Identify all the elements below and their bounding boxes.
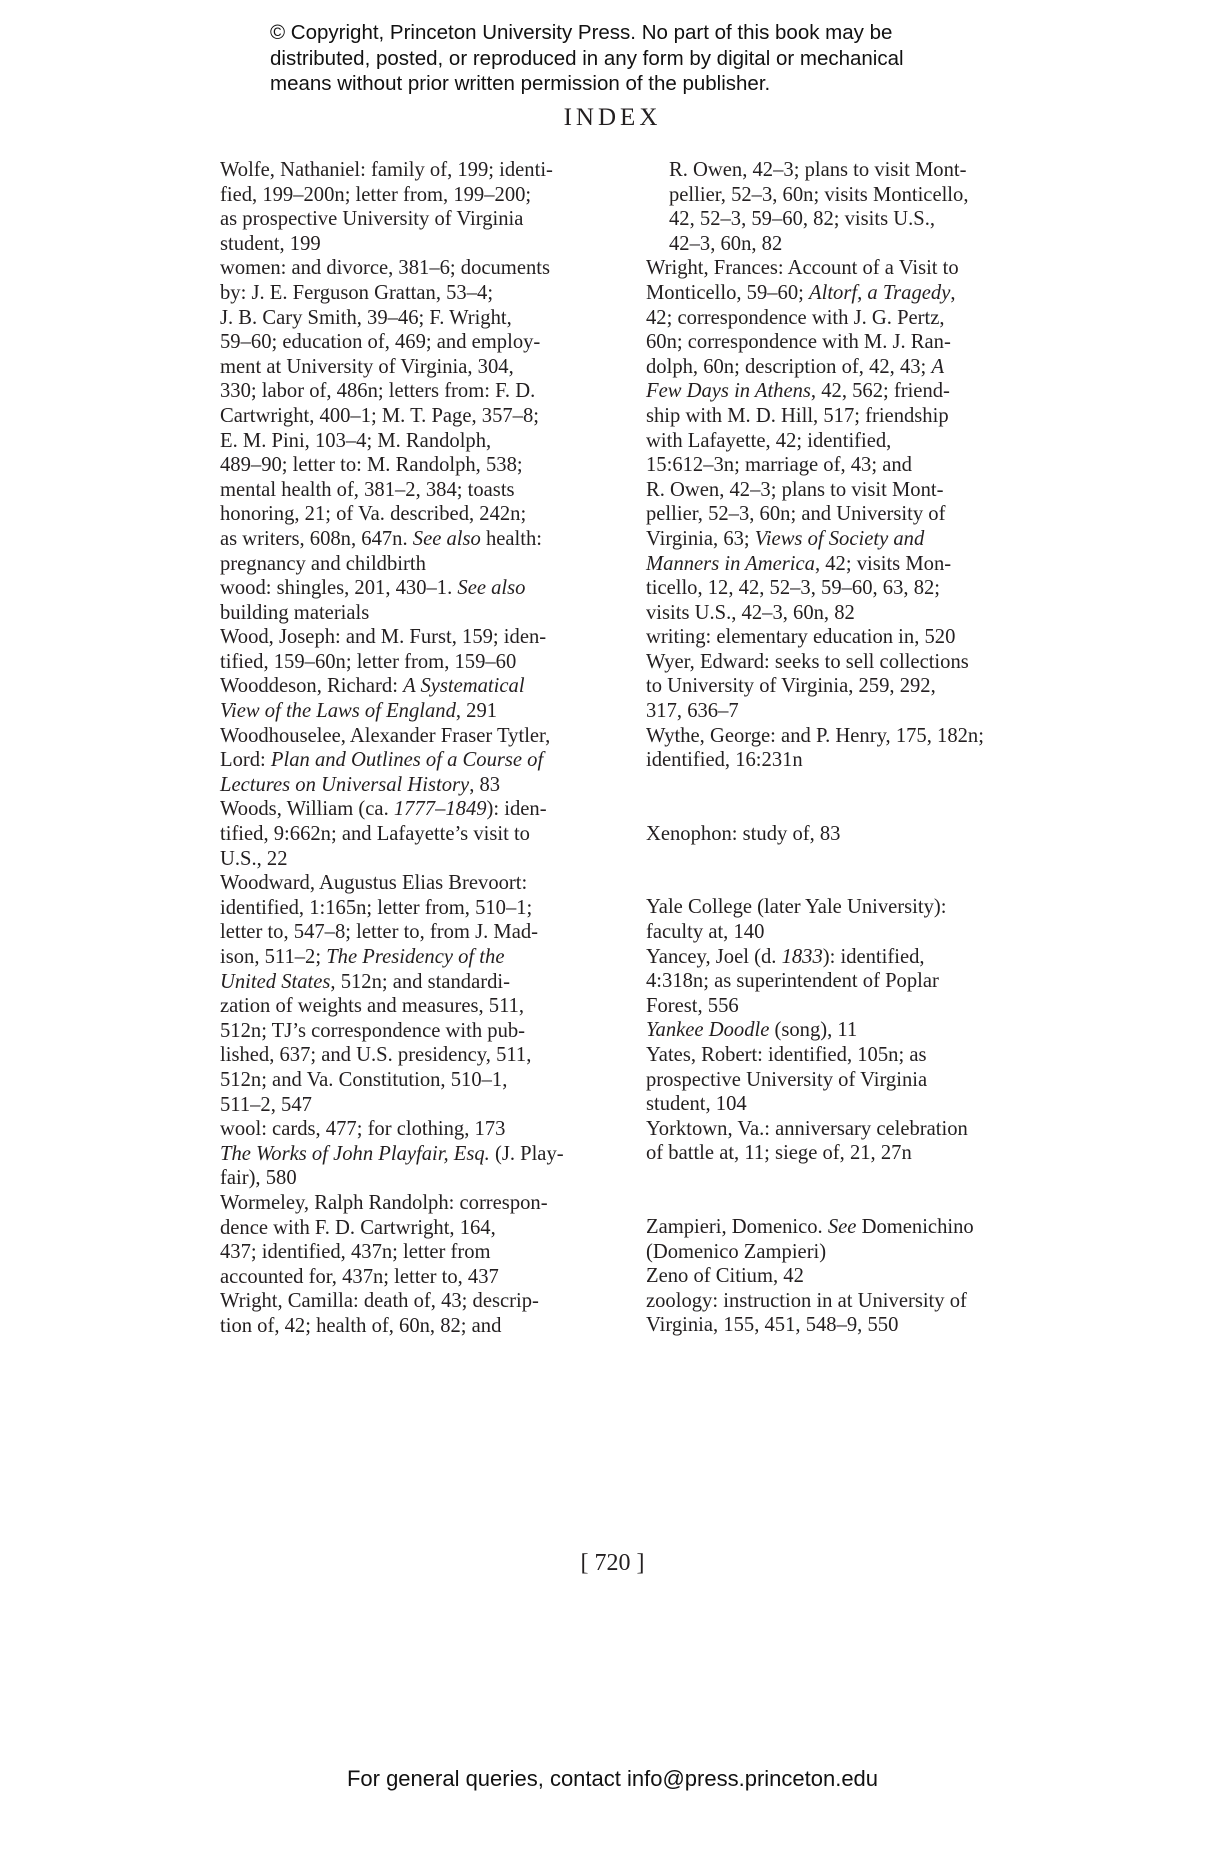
- index-entry-line: Woodhouselee, Alexander Fraser Tytler,: [243, 724, 638, 749]
- index-entry-line: Xenophon: study of, 83: [669, 822, 1064, 847]
- index-entry-line: 59–60; education of, 469; and employ-: [243, 330, 638, 355]
- index-entry-line: 317, 636–7: [669, 699, 1064, 724]
- copyright-line: distributed, posted, or reproduced in an…: [270, 46, 990, 72]
- index-entry-line: Zampieri, Domenico. See Domenichino: [669, 1215, 1064, 1240]
- index-entry-line: Wright, Camilla: death of, 43; descrip-: [243, 1289, 638, 1314]
- index-entry-line: Manners in America, 42; visits Mon-: [669, 552, 1064, 577]
- index-entry-line: Cartwright, 400–1; M. T. Page, 357–8;: [243, 404, 638, 429]
- index-entry: Zeno of Citium, 42: [646, 1264, 1064, 1289]
- index-entry-line: with Lafayette, 42; identified,: [669, 429, 1064, 454]
- index-entry-line: tified, 9:662n; and Lafayette’s visit to: [243, 822, 638, 847]
- index-entry: Zampieri, Domenico. See Domenichino(Dome…: [646, 1215, 1064, 1264]
- copyright-line: means without prior written permission o…: [270, 71, 990, 97]
- index-entry-line: Wright, Frances: Account of a Visit to: [669, 256, 1064, 281]
- index-entry-line: mental health of, 381–2, 384; toasts: [243, 478, 638, 503]
- index-entry-line: writing: elementary education in, 520: [669, 625, 1064, 650]
- letter-group-gap: [646, 1166, 1064, 1215]
- index-entry: Yorktown, Va.: anniversary celebrationof…: [646, 1117, 1064, 1166]
- index-entry: wool: cards, 477; for clothing, 173: [220, 1117, 638, 1142]
- index-entry-line: identified, 16:231n: [669, 748, 1064, 773]
- index-entry-line: Virginia, 63; Views of Society and: [669, 527, 1064, 552]
- index-entry-line: Wolfe, Nathaniel: family of, 199; identi…: [243, 158, 638, 183]
- index-entry-line: dolph, 60n; description of, 42, 43; A: [669, 355, 1064, 380]
- footer-contact: For general queries, contact info@press.…: [0, 1766, 1225, 1792]
- index-entry-line: Yale College (later Yale University):: [669, 895, 1064, 920]
- index-entry-line: 4:318n; as superintendent of Poplar: [669, 969, 1064, 994]
- index-entry-line: honoring, 21; of Va. described, 242n;: [243, 502, 638, 527]
- index-entry: Wright, Frances: Account of a Visit toMo…: [646, 256, 1064, 625]
- index-entry-line: 42, 52–3, 59–60, 82; visits U.S.,: [669, 207, 1064, 232]
- index-entry-line: Lectures on Universal History, 83: [243, 773, 638, 798]
- index-entry: Wyer, Edward: seeks to sell collectionst…: [646, 650, 1064, 724]
- index-entry-line: zation of weights and measures, 511,: [243, 994, 638, 1019]
- index-entry-line: Woods, William (ca. 1777–1849): iden-: [243, 797, 638, 822]
- index-entry-line: fied, 199–200n; letter from, 199–200;: [243, 183, 638, 208]
- index-entry-line: ticello, 12, 42, 52–3, 59–60, 63, 82;: [669, 576, 1064, 601]
- index-entry-line: prospective University of Virginia: [669, 1068, 1064, 1093]
- index-entry-line: Few Days in Athens, 42, 562; friend-: [669, 379, 1064, 404]
- index-entry: writing: elementary education in, 520: [646, 625, 1064, 650]
- index-column-right: R. Owen, 42–3; plans to visit Mont-pelli…: [646, 158, 1064, 1338]
- index-entry-line: Yates, Robert: identified, 105n; as: [669, 1043, 1064, 1068]
- index-entry: Woodhouselee, Alexander Fraser Tytler,Lo…: [220, 724, 638, 798]
- index-entry-line: R. Owen, 42–3; plans to visit Mont-: [669, 478, 1064, 503]
- index-entry: Wolfe, Nathaniel: family of, 199; identi…: [220, 158, 638, 256]
- index-entry-line: Yankee Doodle (song), 11: [669, 1018, 1064, 1043]
- index-entry-line: wool: cards, 477; for clothing, 173: [243, 1117, 638, 1142]
- index-entry-line: student, 104: [669, 1092, 1064, 1117]
- index-entry: Yankee Doodle (song), 11: [646, 1018, 1064, 1043]
- index-entry-line: 489–90; letter to: M. Randolph, 538;: [243, 453, 638, 478]
- index-entry-line: faculty at, 140: [669, 920, 1064, 945]
- index-entry-line: ship with M. D. Hill, 517; friendship: [669, 404, 1064, 429]
- index-entry-line: zoology: instruction in at University of: [669, 1289, 1064, 1314]
- index-entry: women: and divorce, 381–6; documentsby: …: [220, 256, 638, 576]
- index-entry-line: of battle at, 11; siege of, 21, 27n: [669, 1141, 1064, 1166]
- index-entry-line: Wythe, George: and P. Henry, 175, 182n;: [669, 724, 1064, 749]
- index-entry-line: R. Owen, 42–3; plans to visit Mont-: [669, 158, 1064, 183]
- running-head: INDEX: [0, 104, 1225, 132]
- index-entry-line: student, 199: [243, 232, 638, 257]
- letter-group-gap: [646, 773, 1064, 822]
- index-entry-line: pellier, 52–3, 60n; and University of: [669, 502, 1064, 527]
- index-entry-line: 512n; and Va. Constitution, 510–1,: [243, 1068, 638, 1093]
- index-entry-line: 330; labor of, 486n; letters from: F. D.: [243, 379, 638, 404]
- index-entry-line: 437; identified, 437n; letter from: [243, 1240, 638, 1265]
- index-entry-line: fair), 580: [243, 1166, 638, 1191]
- index-entry: Xenophon: study of, 83: [646, 822, 1064, 847]
- index-entry-line: to University of Virginia, 259, 292,: [669, 674, 1064, 699]
- index-entry-line: Wyer, Edward: seeks to sell collections: [669, 650, 1064, 675]
- index-entry-line: ison, 511–2; The Presidency of the: [243, 945, 638, 970]
- index-entry: Yale College (later Yale University):fac…: [646, 895, 1064, 944]
- index-entry-line: U.S., 22: [243, 847, 638, 872]
- index-entry-line: E. M. Pini, 103–4; M. Randolph,: [243, 429, 638, 454]
- index-entry-continuation: R. Owen, 42–3; plans to visit Mont-pelli…: [646, 158, 1064, 256]
- index-entry-line: visits U.S., 42–3, 60n, 82: [669, 601, 1064, 626]
- index-entry-line: Yorktown, Va.: anniversary celebration: [669, 1117, 1064, 1142]
- index-entry-line: pellier, 52–3, 60n; visits Monticello,: [669, 183, 1064, 208]
- index-entry: The Works of John Playfair, Esq. (J. Pla…: [220, 1142, 638, 1191]
- index-entry-line: View of the Laws of England, 291: [243, 699, 638, 724]
- index-entry: Yancey, Joel (d. 1833): identified,4:318…: [646, 945, 1064, 1019]
- index-entry-line: 42; correspondence with J. G. Pertz,: [669, 306, 1064, 331]
- index-entry: Wooddeson, Richard: A SystematicalView o…: [220, 674, 638, 723]
- index-entry-line: lished, 637; and U.S. presidency, 511,: [243, 1043, 638, 1068]
- index-entry-line: building materials: [243, 601, 638, 626]
- index-entry-line: Wooddeson, Richard: A Systematical: [243, 674, 638, 699]
- index-entry-line: Yancey, Joel (d. 1833): identified,: [669, 945, 1064, 970]
- index-entry-line: Wormeley, Ralph Randolph: correspon-: [243, 1191, 638, 1216]
- index-entry-line: accounted for, 437n; letter to, 437: [243, 1265, 638, 1290]
- index-entry-line: United States, 512n; and standardi-: [243, 970, 638, 995]
- index-entry-line: (Domenico Zampieri): [669, 1240, 1064, 1265]
- index-entry: Wood, Joseph: and M. Furst, 159; iden-ti…: [220, 625, 638, 674]
- index-entry-line: dence with F. D. Cartwright, 164,: [243, 1216, 638, 1241]
- index-entry-line: tion of, 42; health of, 60n, 82; and: [243, 1314, 638, 1339]
- index-entry-line: Lord: Plan and Outlines of a Course of: [243, 748, 638, 773]
- index-entry-line: pregnancy and childbirth: [243, 552, 638, 577]
- index-entry-line: Zeno of Citium, 42: [669, 1264, 1064, 1289]
- index-entry-line: as prospective University of Virginia: [243, 207, 638, 232]
- index-entry: zoology: instruction in at University of…: [646, 1289, 1064, 1338]
- index-entry: Wright, Camilla: death of, 43; descrip-t…: [220, 1289, 638, 1338]
- index-entry-line: women: and divorce, 381–6; documents: [243, 256, 638, 281]
- index-entry-line: ment at University of Virginia, 304,: [243, 355, 638, 380]
- index-entry-line: letter to, 547–8; letter to, from J. Mad…: [243, 920, 638, 945]
- index-entry: Woods, William (ca. 1777–1849): iden-tif…: [220, 797, 638, 871]
- index-entry-line: 15:612–3n; marriage of, 43; and: [669, 453, 1064, 478]
- index-entry: Wythe, George: and P. Henry, 175, 182n;i…: [646, 724, 1064, 773]
- index-entry-line: Wood, Joseph: and M. Furst, 159; iden-: [243, 625, 638, 650]
- index-entry: Woodward, Augustus Elias Brevoort:identi…: [220, 871, 638, 1117]
- index-entry: Wormeley, Ralph Randolph: correspon-denc…: [220, 1191, 638, 1289]
- index-entry-line: Woodward, Augustus Elias Brevoort:: [243, 871, 638, 896]
- index-entry: wood: shingles, 201, 430–1. See alsobuil…: [220, 576, 638, 625]
- letter-group-gap: [646, 846, 1064, 895]
- index-entry-line: Virginia, 155, 451, 548–9, 550: [669, 1313, 1064, 1338]
- index-entry-line: 60n; correspondence with M. J. Ran-: [669, 330, 1064, 355]
- index-entry-line: J. B. Cary Smith, 39–46; F. Wright,: [243, 306, 638, 331]
- copyright-notice: © Copyright, Princeton University Press.…: [270, 20, 990, 97]
- index-entry-line: Monticello, 59–60; Altorf, a Tragedy,: [669, 281, 1064, 306]
- index-entry-line: tified, 159–60n; letter from, 159–60: [243, 650, 638, 675]
- index-column-left: Wolfe, Nathaniel: family of, 199; identi…: [220, 158, 638, 1339]
- copyright-line: © Copyright, Princeton University Press.…: [270, 20, 990, 46]
- index-entry-line: as writers, 608n, 647n. See also health:: [243, 527, 638, 552]
- index-entry-line: by: J. E. Ferguson Grattan, 53–4;: [243, 281, 638, 306]
- index-entry-line: 512n; TJ’s correspondence with pub-: [243, 1019, 638, 1044]
- index-entry-line: 42–3, 60n, 82: [669, 232, 1064, 257]
- index-entry-line: identified, 1:165n; letter from, 510–1;: [243, 896, 638, 921]
- index-entry-line: Forest, 556: [669, 994, 1064, 1019]
- page-number: [ 720 ]: [0, 1550, 1225, 1577]
- index-entry-line: 511–2, 547: [243, 1093, 638, 1118]
- index-entry-line: The Works of John Playfair, Esq. (J. Pla…: [243, 1142, 638, 1167]
- index-entry: Yates, Robert: identified, 105n; asprosp…: [646, 1043, 1064, 1117]
- index-entry-line: wood: shingles, 201, 430–1. See also: [243, 576, 638, 601]
